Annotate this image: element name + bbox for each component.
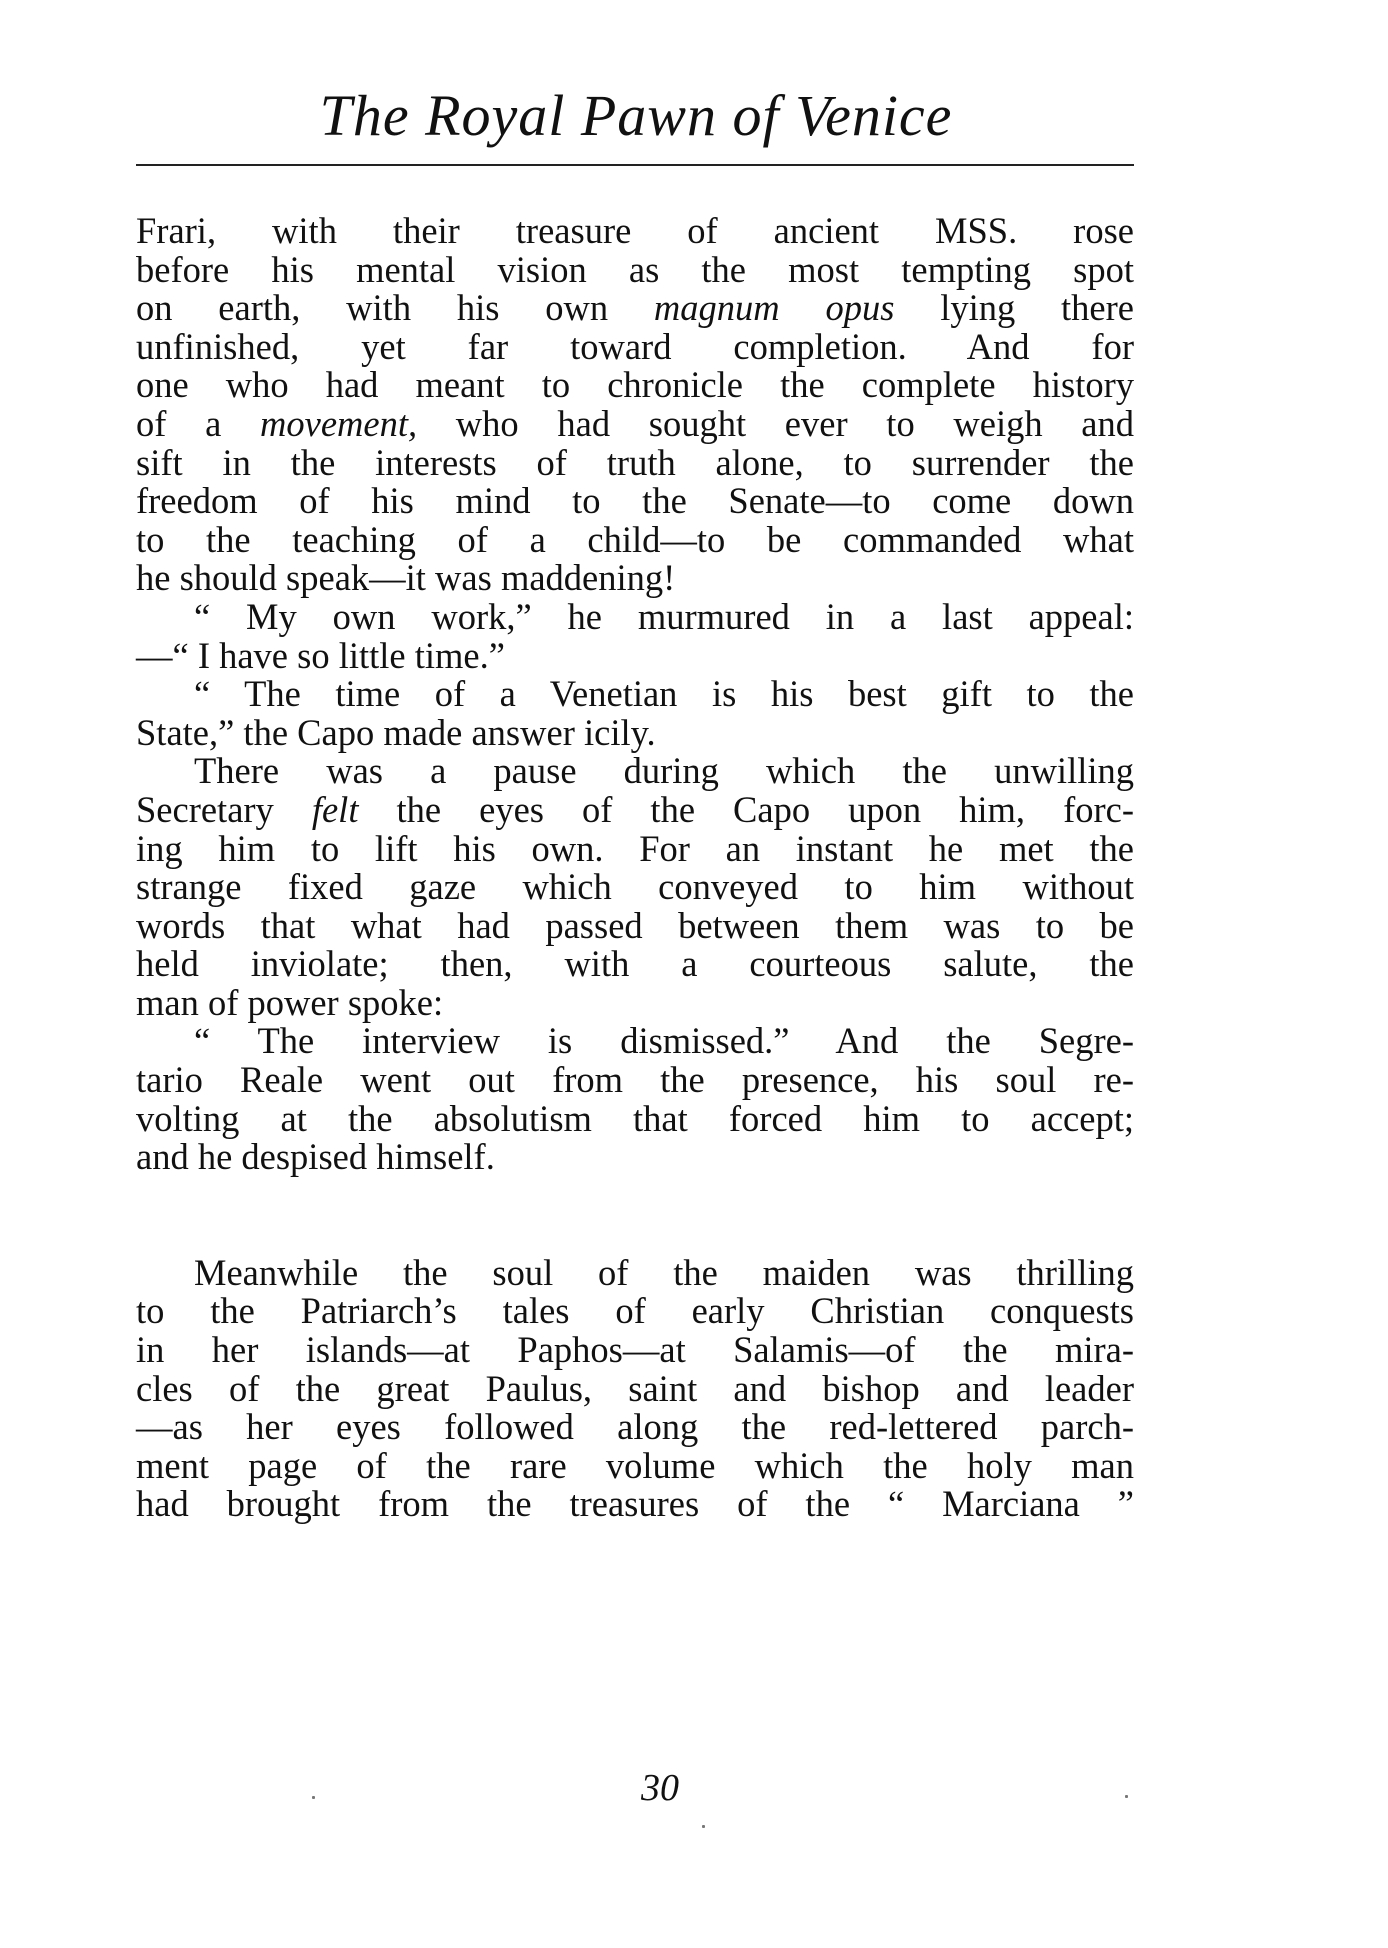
text-line: words that what had passed between them …	[136, 907, 1134, 946]
text-line: held inviolate; then, with a courteous s…	[136, 945, 1134, 984]
italic-phrase: movement,	[260, 403, 417, 444]
text-line: before his mental vision as the most tem…	[136, 251, 1134, 290]
text-line: —as her eyes followed along the red-lett…	[136, 1408, 1134, 1447]
scan-speck	[1125, 1795, 1128, 1798]
text-line: sift in the interests of truth alone, to…	[136, 444, 1134, 483]
text-line: freedom of his mind to the Senate—to com…	[136, 482, 1134, 521]
italic-word: felt	[312, 789, 359, 830]
book-page: The Royal Pawn of Venice Frari, with the…	[0, 0, 1388, 1948]
text-line: ment page of the rare volume which the h…	[136, 1447, 1134, 1486]
header-rule	[136, 164, 1134, 166]
body-text: Frari, with their treasure of ancient MS…	[136, 212, 1134, 1524]
text-line: unfinished, yet far toward completion. A…	[136, 328, 1134, 367]
text-line: and he despised himself.	[136, 1138, 1134, 1177]
italic-phrase: magnum opus	[654, 287, 894, 328]
page-number: 30	[600, 1766, 720, 1810]
section-break	[136, 1177, 1134, 1254]
text-line: cles of the great Paulus, saint and bish…	[136, 1370, 1134, 1409]
text-line: in her islands—at Paphos—at Salamis—of t…	[136, 1331, 1134, 1370]
text-line: State,” the Capo made answer icily.	[136, 714, 1134, 753]
text-line: tario Reale went out from the presence, …	[136, 1061, 1134, 1100]
text-line: —“ I have so little time.”	[136, 637, 1134, 676]
text-line: volting at the absolutism that forced hi…	[136, 1100, 1134, 1139]
text-line: had brought from the treasures of the “ …	[136, 1485, 1134, 1524]
text-line: man of power spoke:	[136, 984, 1134, 1023]
text-line: Secretary felt the eyes of the Capo upon…	[136, 791, 1134, 830]
running-head-title: The Royal Pawn of Venice	[136, 84, 1136, 148]
text-line: of a movement, who had sought ever to we…	[136, 405, 1134, 444]
text-line: strange fixed gaze which conveyed to him…	[136, 868, 1134, 907]
scan-speck	[312, 1796, 315, 1799]
text-line: “ The interview is dismissed.” And the S…	[136, 1022, 1134, 1061]
text-line: to the Patriarch’s tales of early Christ…	[136, 1292, 1134, 1331]
text-line: “ The time of a Venetian is his best gif…	[136, 675, 1134, 714]
text-line: one who had meant to chronicle the compl…	[136, 366, 1134, 405]
text-line: on earth, with his own magnum opus lying…	[136, 289, 1134, 328]
text-line: ing him to lift his own. For an instant …	[136, 830, 1134, 869]
text-line: he should speak—it was maddening!	[136, 559, 1134, 598]
text-line: Meanwhile the soul of the maiden was thr…	[136, 1254, 1134, 1293]
scan-speck	[702, 1825, 705, 1828]
text-line: There was a pause during which the unwil…	[136, 752, 1134, 791]
text-line: to the teaching of a child—to be command…	[136, 521, 1134, 560]
text-line: “ My own work,” he murmured in a last ap…	[136, 598, 1134, 637]
text-line: Frari, with their treasure of ancient MS…	[136, 212, 1134, 251]
